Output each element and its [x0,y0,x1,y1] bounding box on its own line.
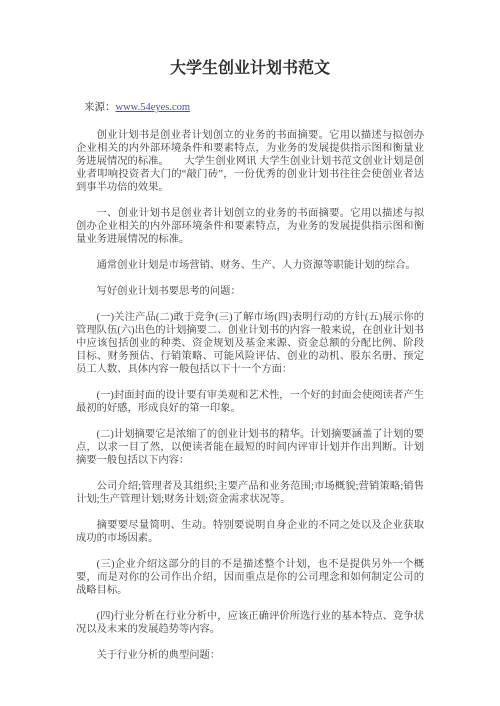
paragraph-4: 写好创业计划书要思考的问题： [76,285,424,298]
paragraph-1: 创业计划书是创业者计划创立的业务的书面摘要。它用以描述与拟创办企业相关的内外部环… [76,129,424,194]
source-line: 来源：www.54eyes.com [84,101,424,114]
page-title: 大学生创业计划书范文 [0,0,500,78]
paragraph-9: 摘要要尽量简明、生动。特别要说明自身企业的不同之处以及企业获取成功的市场因素。 [76,519,424,545]
paragraph-5: (一)关注产品(二)敢于竞争(三)了解市场(四)表明行动的方针(五)展示你的管理… [76,311,424,376]
paragraph-8: 公司介绍;管理者及其组织;主要产品和业务范围;市场概貌;营销策略;销售计划;生产… [76,480,424,506]
document-page: 大学生创业计划书范文 来源：www.54eyes.com 创业计划书是创业者计划… [0,0,500,706]
paragraph-12: 关于行业分析的典型问题： [76,649,424,662]
paragraph-2: 一、创业计划书是创业者计划创立的业务的书面摘要。它用以描述与拟创办企业相关的内外… [76,207,424,246]
document-body: 创业计划书是创业者计划创立的业务的书面摘要。它用以描述与拟创办企业相关的内外部环… [76,129,424,662]
paragraph-3: 通常创业计划是市场营销、财务、生产、人力资源等职能计划的综合。 [76,259,424,272]
paragraph-10: (三)企业介绍这部分的目的不是描述整个计划，也不是提供另外一个概要，而是对你的公… [76,558,424,597]
paragraph-7: (二)计划摘要它是浓缩了的创业计划书的精华。计划摘要涵盖了计划的要点，以求一目了… [76,428,424,467]
paragraph-6: (一)封面封面的设计要有审美观和艺术性，一个好的封面会使阅读者产生最初的好感，形… [76,389,424,415]
source-label: 来源： [84,102,116,113]
paragraph-11: (四)行业分析在行业分析中，应该正确评价所选行业的基本特点、竞争状况以及未来的发… [76,610,424,636]
source-link[interactable]: www.54eyes.com [116,102,191,113]
